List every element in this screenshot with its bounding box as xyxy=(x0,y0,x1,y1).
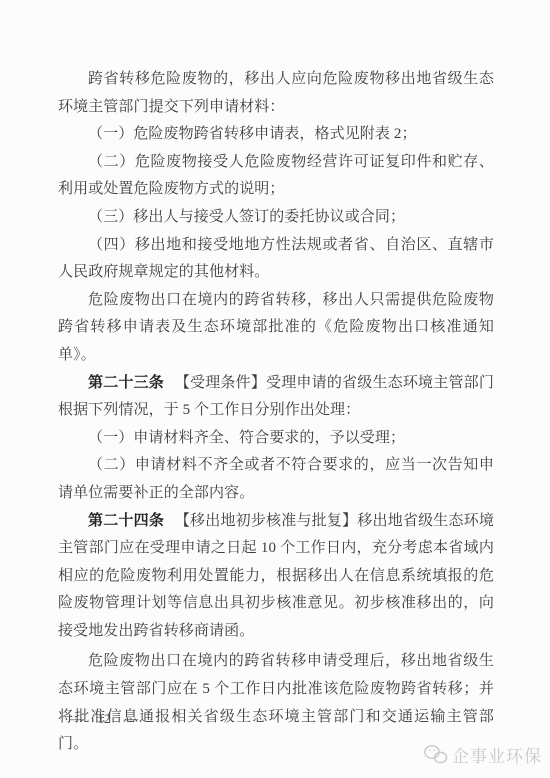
article-23: 第二十三条【受理条件】受理申请的省级生态环境主管部门根据下列情况，于 5 个工作… xyxy=(58,370,494,425)
page-footer: — 12 — xyxy=(70,711,138,727)
footer-dash-right: — xyxy=(125,711,139,727)
paragraph: 跨省转移危险废物的，移出人应向危险废物移出地省级生态环境主管部门提交下列申请材料… xyxy=(58,66,494,121)
list-item-2: （二）危险废物接受人危险废物经营许可证复印件和贮存、利用或处置危险废物方式的说明… xyxy=(58,149,494,204)
list-item-3: （三）移出人与接受人签订的委托协议或合同； xyxy=(58,204,494,232)
list-item-1: （一）危险废物跨省转移申请表，格式见附表 2； xyxy=(58,121,494,149)
watermark: 企事业环保 xyxy=(423,742,542,767)
article-subject: 【受理条件】 xyxy=(175,375,266,391)
document-body: 跨省转移危险废物的，移出人应向危险废物移出地省级生态环境主管部门提交下列申请材料… xyxy=(58,66,494,759)
article-number: 第二十三条 xyxy=(88,375,164,391)
page-number: 12 xyxy=(98,711,111,727)
article-subject: 【移出地初步核准与批复】 xyxy=(175,513,357,529)
list-item-1: （一）申请材料齐全、符合要求的，予以受理； xyxy=(58,425,494,453)
article-text: 移出地省级生态环境主管部门应在受理申请之日起 10 个工作日内，充分考虑本省域内… xyxy=(58,513,494,639)
list-item-2: （二）申请材料不齐全或者不符合要求的，应当一次告知申请单位需要补正的全部内容。 xyxy=(58,452,494,507)
article-24: 第二十四条【移出地初步核准与批复】移出地省级生态环境主管部门应在受理申请之日起 … xyxy=(58,508,494,646)
footer-dash-left: — xyxy=(70,711,84,727)
wechat-icon xyxy=(423,743,449,767)
document-page: 跨省转移危险废物的，移出人应向危险废物移出地省级生态环境主管部门提交下列申请材料… xyxy=(0,0,550,778)
paragraph: 危险废物出口在境内的跨省转移，移出人只需提供危险废物跨省转移申请表及生态环境部批… xyxy=(58,287,494,370)
list-item-4: （四）移出地和接受地地方性法规或者省、自治区、直辖市人民政府规章规定的其他材料。 xyxy=(58,232,494,287)
article-number: 第二十四条 xyxy=(88,513,164,529)
watermark-label: 企事业环保 xyxy=(452,742,542,767)
